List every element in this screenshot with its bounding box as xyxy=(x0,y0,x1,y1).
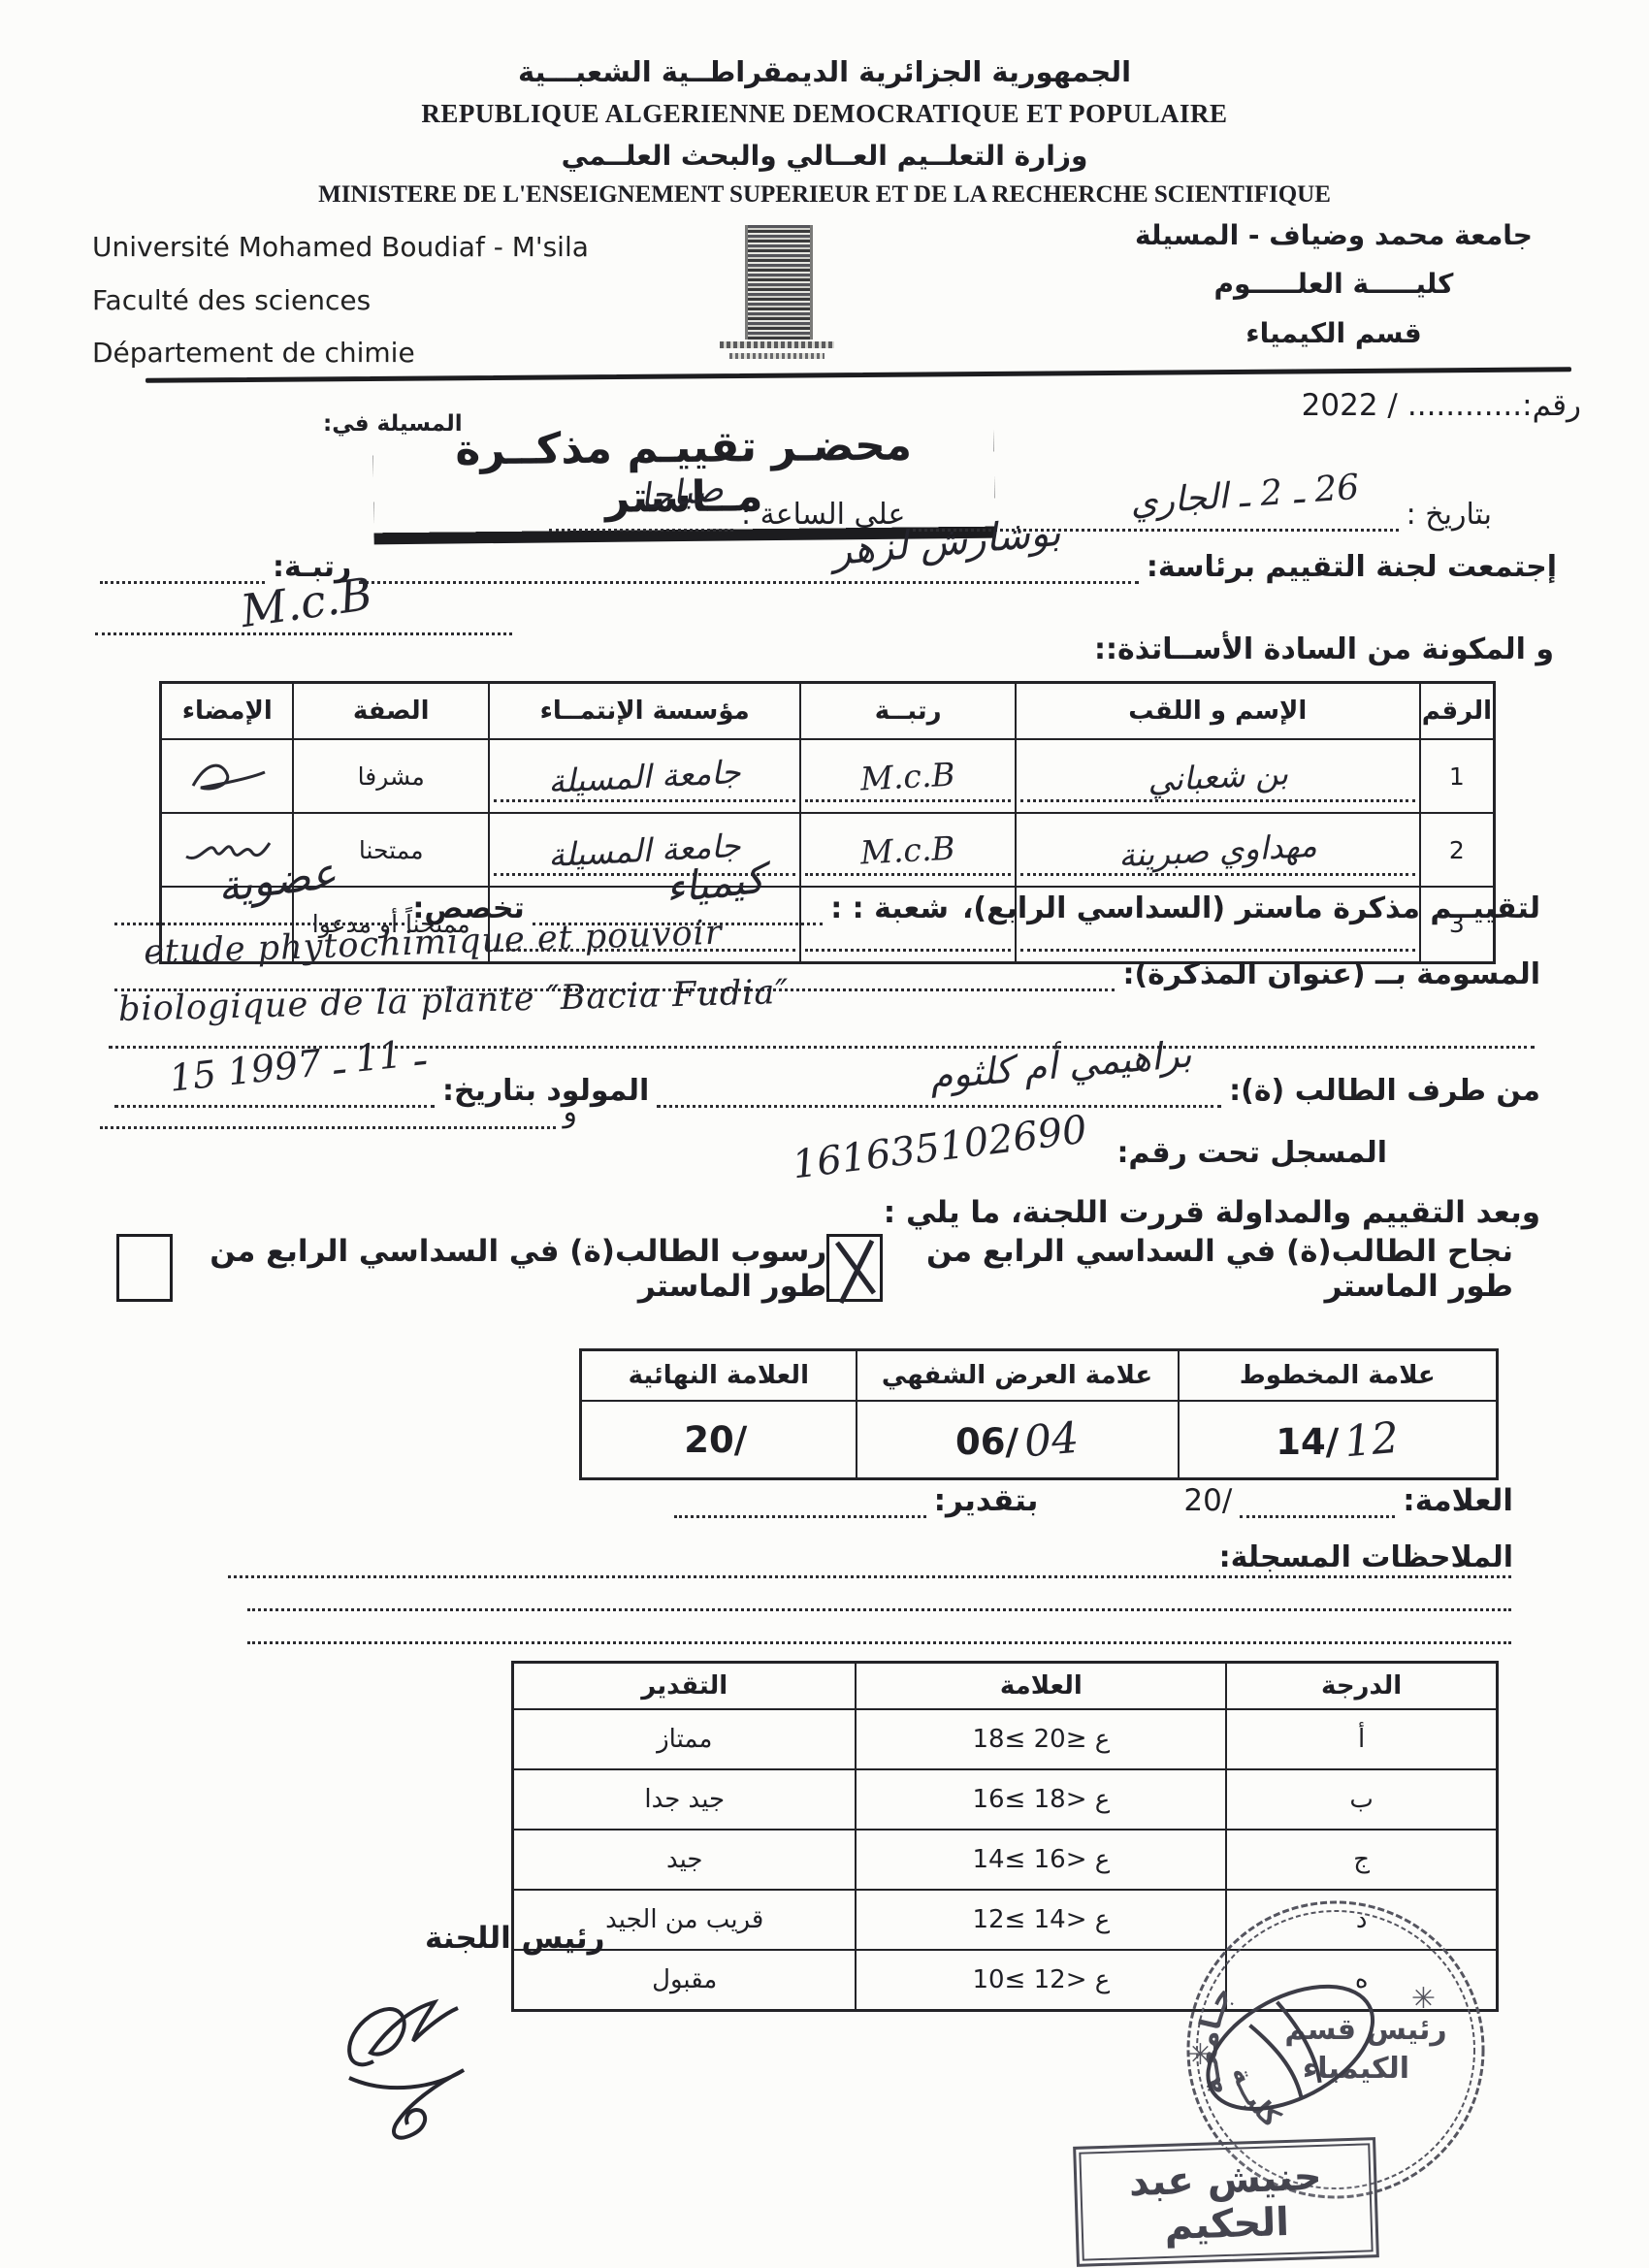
col-number: الرقم xyxy=(1420,683,1495,740)
grade-letter: ب xyxy=(1226,1769,1497,1830)
appreciation-text: ممتاز xyxy=(513,1709,857,1769)
department-name-fr: Département de chimie xyxy=(92,327,589,380)
printed-mark: 06/ xyxy=(955,1421,1018,1463)
republic-title-ar: الجمهورية الجزائرية الديمقراطــية الشعبـ… xyxy=(0,50,1649,94)
composed-of-label: و المكونة من السادة الأســاتذة:: xyxy=(1094,632,1554,666)
fail-label: رسوب الطالب(ة) في السداسي الرابع من طور … xyxy=(200,1234,826,1304)
mark-range: 12≤ ع <14 xyxy=(856,1890,1226,1950)
university-name-fr: Université Mohamed Boudiaf - M'sila xyxy=(92,221,589,275)
fail-checkbox[interactable] xyxy=(116,1234,173,1302)
manuscript-mark-cell: 14/12 xyxy=(1179,1401,1498,1479)
member-rank-handwritten: M.c.B xyxy=(859,755,955,797)
grade-letter: ج xyxy=(1226,1830,1497,1890)
pass-checkbox[interactable] xyxy=(826,1234,883,1302)
grade-letter: أ xyxy=(1226,1709,1497,1769)
handwritten-mark: 04 xyxy=(1022,1412,1081,1467)
ref-label: رقم:............ xyxy=(1407,388,1581,423)
dotted-leader xyxy=(100,1094,556,1129)
university-name-ar: جامعة محمد وضياف - المسيلة xyxy=(1135,211,1533,260)
logo-base-icon xyxy=(720,341,834,348)
grade-col-header: الدرجة xyxy=(1226,1663,1497,1710)
grade-label: العلامة: xyxy=(1403,1483,1513,1518)
dotted-line xyxy=(1020,949,1415,952)
titled-label: المسومة بــ (عنوان المذكرة): xyxy=(1122,957,1540,991)
department-name-ar: قسم الكيمياء xyxy=(1135,309,1533,358)
logo-base2-icon xyxy=(729,353,824,359)
member-number: 2 xyxy=(1420,813,1495,887)
committee-label: إجتمعت لجنة التقييم برئاسة: xyxy=(1147,550,1557,584)
col-role: الصفة xyxy=(293,683,488,740)
manuscript-mark-header: علامة المخطوط xyxy=(1179,1350,1498,1402)
dotted-leader xyxy=(100,549,265,584)
ref-year: 2022 / xyxy=(1302,388,1398,423)
scale-row-b: ب 16≤ ع <18 جيد جدا xyxy=(513,1769,1498,1830)
decision-row: نجاح الطالب(ة) في السداسي الرابع من طور … xyxy=(116,1234,1513,1304)
registration-line: المسجل تحت رقم: 161635102690 xyxy=(650,1125,1387,1170)
branch-specialty-line: لتقييــم مذكرة ماستر (السداسي الرابع)، ش… xyxy=(107,891,1540,925)
member-rank-cell: M.c.B xyxy=(800,739,1015,813)
mark-range: 18≤ ع ≤20 xyxy=(856,1709,1226,1769)
grade-line: العلامة: 20/ بتقدير: xyxy=(640,1482,1513,1518)
member-name-cell: بن شعباني xyxy=(1016,739,1420,813)
reference-number-line: رقم:............ 2022 / xyxy=(1261,388,1581,423)
x-check-mark-icon xyxy=(829,1237,880,1307)
appreciation-text: جيد xyxy=(513,1830,857,1890)
registration-label: المسجل تحت رقم: xyxy=(1116,1136,1387,1170)
rank-continuation-line: M.c.B xyxy=(95,603,512,635)
mark-range: 16≤ ع <18 xyxy=(856,1769,1226,1830)
col-institution: مؤسسة الإنتمــاء xyxy=(489,683,800,740)
eval-label: لتقييــم مذكرة ماستر (السداسي الرابع)، xyxy=(962,891,1540,925)
dotted-line xyxy=(805,949,1010,952)
member-role: مشرفا xyxy=(293,739,488,813)
member-institution-handwritten: جامعة المسيلة xyxy=(548,752,742,799)
committee-row-1: 1 بن شعباني M.c.B جامعة المسيلة مشرفا xyxy=(161,739,1495,813)
date-handwritten: 26 ـ 2 ـ الجاري xyxy=(1129,468,1361,523)
scale-header-row: الدرجة العلامة التقدير xyxy=(513,1663,1498,1710)
dotted-line xyxy=(805,873,1010,876)
appreciation-col-header: التقدير xyxy=(513,1663,857,1710)
dotted-line xyxy=(1020,873,1415,876)
mark-col-header: العلامة xyxy=(856,1663,1226,1710)
stamp-star-right: ✳ xyxy=(1411,1982,1436,2016)
member-name-cell: مهداوي صبرينة xyxy=(1016,813,1420,887)
dotted-line xyxy=(1020,799,1415,802)
marks-header-row: علامة المخطوط علامة العرض الشفهي العلامة… xyxy=(581,1350,1498,1402)
member-name-handwritten: بن شعباني xyxy=(1147,754,1289,799)
time-handwritten: صباحا xyxy=(638,470,725,518)
member-rank-handwritten: M.c.B xyxy=(859,828,955,871)
member-name-handwritten: مهداوي صبرينة xyxy=(1117,826,1317,874)
col-rank: رتبــة xyxy=(800,683,1015,740)
dotted-leader xyxy=(674,1482,926,1518)
committee-header-row: الرقم الإسم و اللقب رتبــة مؤسسة الإنتمـ… xyxy=(161,683,1495,740)
remarks-label: الملاحظات المسجلة: xyxy=(1219,1540,1513,1574)
final-mark-header: العلامة النهائية xyxy=(581,1350,857,1402)
faculty-name-fr: Faculté des sciences xyxy=(92,275,589,328)
branch-label: شعبة : : xyxy=(830,891,949,925)
mark-range: 10≤ ع <12 xyxy=(856,1950,1226,2011)
remarks-dotted-line xyxy=(228,1573,1511,1578)
remarks-dotted-line xyxy=(247,1606,1511,1611)
member-rank-cell: M.c.B xyxy=(800,813,1015,887)
registration-number-handwritten: 161635102690 xyxy=(790,1108,1089,1188)
pass-group: نجاح الطالب(ة) في السداسي الرابع من طور … xyxy=(826,1234,1513,1304)
ministry-title-fr: MINISTERE DE L'ENSEIGNEMENT SUPERIEUR ET… xyxy=(0,177,1649,214)
committee-chair-label: رئيس اللجنة xyxy=(425,1921,604,1956)
student-label: من طرف الطالب (ة): xyxy=(1229,1074,1540,1108)
ministry-title-ar: وزارة التعلــيم العــالي والبحث العلــمي xyxy=(0,135,1649,177)
chair-signature xyxy=(320,1969,514,2167)
faculty-name-ar: كليـــــة العلـــــوم xyxy=(1135,260,1533,308)
dotted-line xyxy=(805,799,1010,802)
scale-row-c: ج 14≤ ع <16 جيد xyxy=(513,1830,1498,1890)
printed-mark: 14/ xyxy=(1276,1421,1339,1463)
oral-mark-cell: 06/04 xyxy=(857,1401,1179,1479)
member-number: 1 xyxy=(1420,739,1495,813)
decided-label: وبعد التقييم والمداولة قررت اللجنة، ما ي… xyxy=(884,1195,1540,1230)
continuation-waw-line: و xyxy=(92,1094,577,1129)
scale-row-a: أ 18≤ ع ≤20 ممتاز xyxy=(513,1709,1498,1769)
handwritten-signature-icon xyxy=(183,755,271,797)
appreciation-label: بتقدير: xyxy=(934,1483,1039,1518)
member-signature-cell xyxy=(161,739,294,813)
fail-group: رسوب الطالب(ة) في السداسي الرابع من طور … xyxy=(116,1234,826,1304)
mark-range: 14≤ ع <16 xyxy=(856,1830,1226,1890)
dotted-leader: صباحا xyxy=(549,497,733,532)
dotted-line xyxy=(494,799,795,802)
handwritten-mark: 12 xyxy=(1342,1412,1401,1467)
grade-out-of: 20/ xyxy=(1183,1483,1232,1518)
col-signature: الإمضاء xyxy=(161,683,294,740)
committee-row-2: 2 مهداوي صبرينة M.c.B جامعة المسيلة ممتح… xyxy=(161,813,1495,887)
remarks-dotted-line xyxy=(247,1639,1511,1644)
republic-title-fr: REPUBLIQUE ALGERIENNE DEMOCRATIQUE ET PO… xyxy=(0,94,1649,135)
document-header: الجمهورية الجزائرية الديمقراطــية الشعبـ… xyxy=(0,50,1649,214)
appreciation-text: جيد جدا xyxy=(513,1769,857,1830)
name-rect-stamp: حنيش عبد الحكيم xyxy=(1073,2137,1379,2267)
marks-table: علامة المخطوط علامة العرض الشفهي العلامة… xyxy=(579,1348,1499,1480)
dotted-leader: عضوية xyxy=(114,891,404,925)
dotted-leader: بوشارش لزهر xyxy=(359,549,1139,584)
branch-handwritten: كيمياء xyxy=(663,855,767,912)
name-stamp-text: حنيش عبد الحكيم xyxy=(1079,2143,1373,2260)
university-tower-logo-icon xyxy=(745,225,813,340)
date-label: بتاريخ : xyxy=(1406,498,1492,532)
appreciation-text: مقبول xyxy=(513,1950,857,2011)
pass-label: نجاح الطالب(ة) في السداسي الرابع من طور … xyxy=(910,1234,1513,1304)
dotted-leader xyxy=(1240,1482,1395,1518)
waw-text: و xyxy=(564,1095,578,1129)
col-name: الإسم و اللقب xyxy=(1016,683,1420,740)
dotted-leader: براهيمي أم كلثوم xyxy=(657,1073,1221,1108)
marks-value-row: 14/12 06/04 20/ xyxy=(581,1401,1498,1479)
org-block-arabic: جامعة محمد وضياف - المسيلة كليـــــة الع… xyxy=(1135,211,1533,358)
scanned-document-page: الجمهورية الجزائرية الديمقراطــية الشعبـ… xyxy=(0,0,1649,2268)
org-block-french: Université Mohamed Boudiaf - M'sila Facu… xyxy=(92,221,589,380)
final-mark-cell: 20/ xyxy=(581,1401,857,1479)
member-institution-cell: جامعة المسيلة xyxy=(489,739,800,813)
oral-mark-header: علامة العرض الشفهي xyxy=(857,1350,1179,1402)
handwritten-signature-icon xyxy=(320,1969,514,2163)
printed-mark: 20/ xyxy=(684,1419,747,1461)
